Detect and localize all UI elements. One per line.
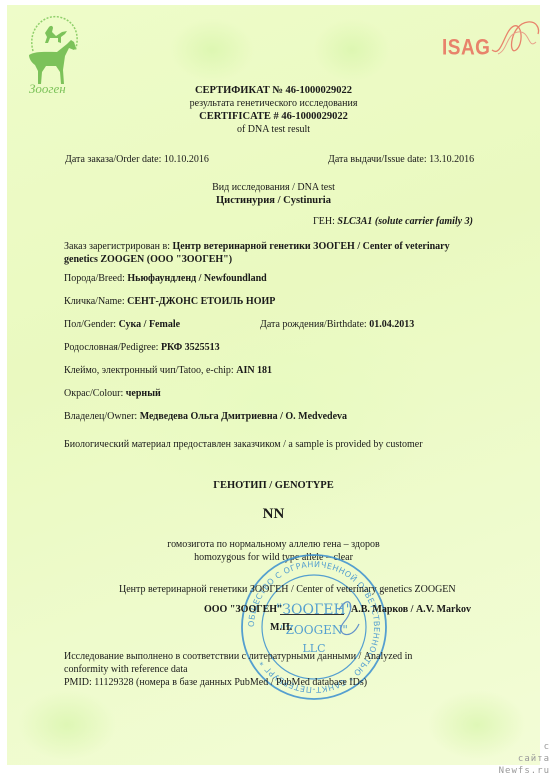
genotype-description-ru: гомозигота по нормальному аллелю гена – … [7, 538, 540, 551]
signature-center: Центр ветеринарной генетики ЗООГЕН / Cen… [119, 583, 456, 596]
name-value: СЕНТ-ДЖОНС ЕТОИЛЬ НОИР [127, 296, 275, 307]
owner-label: Владелец/Owner: [64, 411, 137, 422]
sample-note: Биологический материал предоставлен зака… [64, 438, 423, 451]
certificate-subtitle-en: of DNA test result [7, 123, 540, 136]
watermark-line-2: сайта [499, 753, 550, 765]
isag-logo: ISAG [442, 20, 542, 65]
chip: Клеймо, электронный чип/Tatoo, e-chip: A… [64, 364, 272, 377]
certificate-page: Зooген ISAG СЕРТИФИКАТ № 46-1000029022 р… [7, 5, 540, 765]
genotype-heading: ГЕНОТИП / GENOTYPE [7, 479, 540, 492]
gender-label: Пол/Gender: [64, 319, 116, 330]
dna-helix-icon [490, 20, 542, 60]
colour-value: черный [126, 388, 161, 399]
issue-date-label: Дата выдачи/Issue date: [328, 154, 427, 165]
chip-value: AIN 181 [236, 365, 272, 376]
signature-org: ООО "ЗООГЕН" [204, 603, 283, 616]
issue-date-value: 13.10.2016 [429, 154, 474, 165]
svg-text:"ЗООГЕН": "ЗООГЕН" [276, 602, 352, 618]
dog-name: Кличка/Name: СЕНТ-ДЖОНС ЕТОИЛЬ НОИР [64, 295, 275, 308]
watermark-line-1: с [499, 741, 550, 753]
gene-value: SLC3A1 (solute carrier family 3) [337, 216, 473, 227]
analysis-note-2: conformity with reference data [64, 663, 188, 676]
birthdate-value: 01.04.2013 [369, 319, 414, 330]
signature-signer: А.В. Марков / A.V. Markov [351, 603, 471, 616]
pedigree-label: Родословная/Pedigree: [64, 342, 158, 353]
genotype-value: NN [7, 505, 540, 523]
order-date-value: 10.10.2016 [164, 154, 209, 165]
pedigree: Родословная/Pedigree: РКФ 3525513 [64, 341, 220, 354]
colour-label: Окрас/Colour: [64, 388, 123, 399]
registered-at: Заказ зарегистрирован в: Центр ветеринар… [64, 240, 450, 253]
owner: Владелец/Owner: Медведева Ольга Дмитриев… [64, 410, 347, 423]
issue-date: Дата выдачи/Issue date: 13.10.2016 [328, 153, 474, 166]
watermark: с сайта Newfs.ru [499, 741, 550, 777]
owner-value: Медведева Ольга Дмитриевна / O. Medvedev… [140, 411, 347, 422]
registered-value-1: Центр ветеринарной генетики ЗООГЕН / Cen… [173, 241, 450, 252]
gene-label: ГЕН: [313, 216, 335, 227]
registered-value-2: genetics ZOOGEN (ООО "ЗООГЕН") [64, 253, 232, 266]
signature-line [280, 614, 344, 615]
pmid: PMID: 11129328 (номера в базе данных Pub… [64, 676, 367, 689]
breed-label: Порода/Breed: [64, 273, 125, 284]
certificate-title-ru: СЕРТИФИКАТ № 46-1000029022 [7, 84, 540, 97]
seal-label: М.П. [270, 621, 292, 634]
isag-text: ISAG [442, 36, 490, 61]
gender-value: Сука / Female [119, 319, 180, 330]
colour: Окрас/Colour: черный [64, 387, 161, 400]
breed: Порода/Breed: Ньюфаундленд / Newfoundlan… [64, 272, 267, 285]
birthdate-label: Дата рождения/Birthdate: [260, 319, 367, 330]
dna-test-label: Вид исследования / DNA test [7, 181, 540, 194]
pedigree-value: РКФ 3525513 [161, 342, 220, 353]
dna-test-name: Цистинурия / Cystinuria [7, 194, 540, 207]
analysis-note-1: Исследование выполнено в соответствии с … [64, 650, 412, 663]
order-date: Дата заказа/Order date: 10.10.2016 [65, 153, 209, 166]
gene: ГЕН: SLC3A1 (solute carrier family 3) [313, 215, 473, 228]
order-date-label: Дата заказа/Order date: [65, 154, 161, 165]
gender: Пол/Gender: Сука / Female [64, 318, 180, 331]
birthdate: Дата рождения/Birthdate: 01.04.2013 [260, 318, 414, 331]
certificate-subtitle-ru: результата генетического исследования [7, 97, 540, 110]
breed-value: Ньюфаундленд / Newfoundland [127, 273, 266, 284]
registered-label: Заказ зарегистрирован в: [64, 241, 170, 252]
certificate-title-en: CERTIFICATE # 46-1000029022 [7, 110, 540, 123]
watermark-line-3: Newfs.ru [499, 765, 550, 777]
chip-label: Клеймо, электронный чип/Tatoo, e-chip: [64, 365, 234, 376]
name-label: Кличка/Name: [64, 296, 125, 307]
